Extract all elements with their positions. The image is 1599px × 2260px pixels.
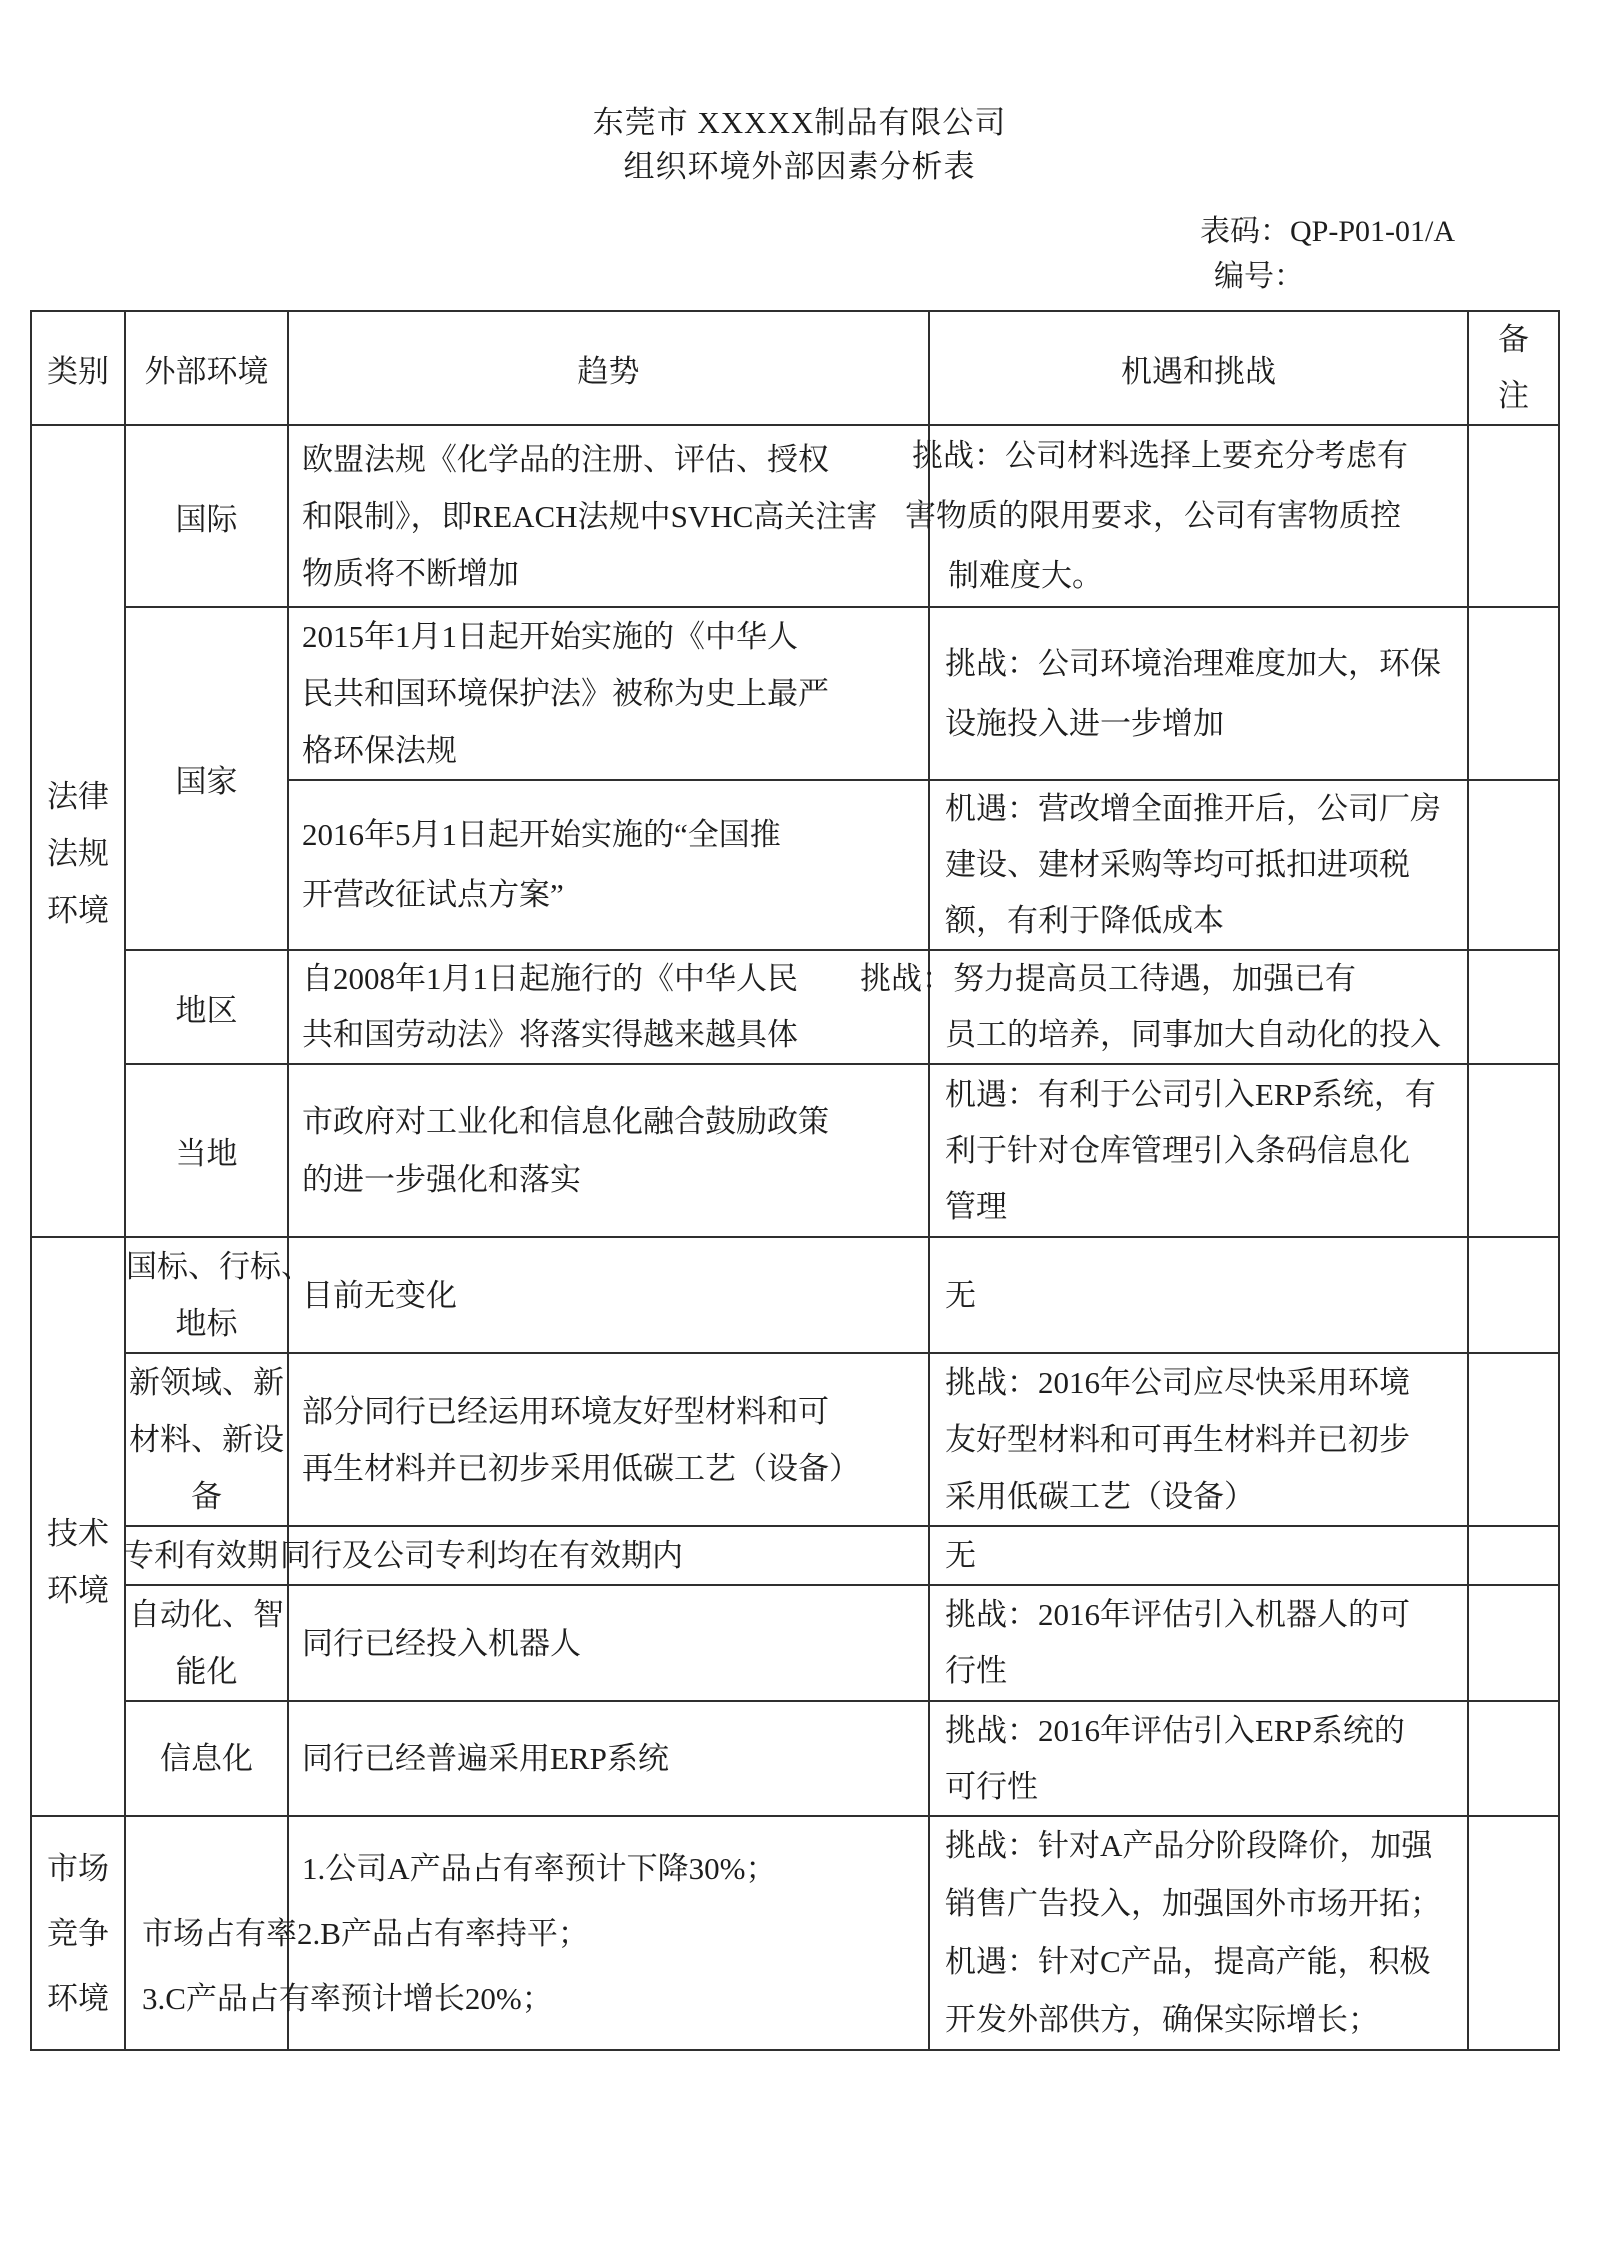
opportunity-new-fields: 挑战：2016年公司应尽快采用环境友好型材料和可再生材料并已初步采用低碳工艺（设… [929,1353,1468,1526]
env-new-fields: 新领域、新材料、新设备 [125,1353,288,1526]
serial-number: 编号： [1200,254,1455,299]
trend-national-a: 2015年1月1日起开始实施的《中华人民共和国环境保护法》被称为史上最严格环保法… [288,607,929,780]
opportunity-regional: 挑战：努力提高员工待遇，加强已有员工的培养，同事加大自动化的投入 [929,950,1468,1064]
row-patent: 专利有效期 同行及公司专利均在有效期内 无 [31,1526,1559,1585]
env-national: 国家 [125,607,288,950]
remark-international [1468,425,1559,607]
remark-automation [1468,1585,1559,1701]
env-regional: 地区 [125,950,288,1064]
remark-local [1468,1064,1559,1237]
header-row: 类别 外部环境 趋势 机遇和挑战 备注 [31,311,1559,425]
row-market-share: 市场竞争环境 1.公司A产品占有率预计下降30%； 市场占有率2.B产品占有率持… [31,1816,1559,2050]
trend-international: 欧盟法规《化学品的注册、评估、授权和限制》，即REACH法规中SVHC高关注害物… [288,425,929,607]
remark-national-a [1468,607,1559,780]
trend-standards: 目前无变化 [288,1237,929,1353]
remark-national-b [1468,780,1559,950]
trend-patent: 同行及公司专利均在有效期内 [288,1526,929,1585]
trend-line-b: 市场占有率2.B产品占有率持平； [142,1901,928,1966]
env-automation: 自动化、智能化 [125,1585,288,1701]
trend-informatization: 同行已经普遍采用ERP系统 [288,1701,929,1816]
opportunity-market-share: 挑战：针对A产品分阶段降价，加强销售广告投入，加强国外市场开拓；机遇：针对C产品… [929,1816,1468,2050]
opportunity-national-a: 挑战：公司环境治理难度加大，环保设施投入进一步增加 [929,607,1468,780]
env-standards: 国标、行标、地标 [125,1237,288,1353]
form-code: 表码：QP-P01-01/A [1200,209,1455,254]
opportunity-standards: 无 [929,1237,1468,1353]
env-international: 国际 [125,425,288,607]
env-label-market-share: 市场占有率 [142,1916,297,1951]
trend-local: 市政府对工业化和信息化融合鼓励政策的进一步强化和落实 [288,1064,929,1237]
opportunity-informatization: 挑战：2016年评估引入ERP系统的可行性 [929,1701,1468,1816]
row-national-a: 国家 2015年1月1日起开始实施的《中华人民共和国环境保护法》被称为史上最严格… [31,607,1559,780]
document-page: { "doc": { "title_line1": "东莞市 XXXXX制品有限… [0,0,1599,2260]
trend-line-b-text: 2.B产品占有率持平； [297,1916,589,1951]
category-tech: 技术环境 [31,1237,125,1816]
row-informatization: 信息化 同行已经普遍采用ERP系统 挑战：2016年评估引入ERP系统的可行性 [31,1701,1559,1816]
row-local: 当地 市政府对工业化和信息化融合鼓励政策的进一步强化和落实 机遇：有利于公司引入… [31,1064,1559,1237]
trend-line-a: 1.公司A产品占有率预计下降30%； [302,1836,928,1901]
remark-regional [1468,950,1559,1064]
trend-regional: 自2008年1月1日起施行的《中华人民共和国劳动法》将落实得越来越具体 [288,950,929,1064]
row-new-fields: 新领域、新材料、新设备 部分同行已经运用环境友好型材料和可再生材料并已初步采用低… [31,1353,1559,1526]
env-local: 当地 [125,1064,288,1237]
header-external-env: 外部环境 [125,311,288,425]
opportunity-international: 挑战：公司材料选择上要充分考虑有害物质的限用要求，公司有害物质控制难度大。 [929,425,1468,607]
category-market: 市场竞争环境 [31,1816,125,2050]
trend-line-c: 3.C产品占有率预计增长20%； [142,1966,928,2031]
row-regional: 地区 自2008年1月1日起施行的《中华人民共和国劳动法》将落实得越来越具体 挑… [31,950,1559,1064]
env-informatization: 信息化 [125,1701,288,1816]
trend-market-share: 1.公司A产品占有率预计下降30%； 市场占有率2.B产品占有率持平； 3.C产… [288,1816,929,2050]
remark-informatization [1468,1701,1559,1816]
opportunity-local: 机遇：有利于公司引入ERP系统，有利于针对仓库管理引入条码信息化管理 [929,1064,1468,1237]
opportunity-automation: 挑战：2016年评估引入机器人的可行性 [929,1585,1468,1701]
opportunity-national-b: 机遇：营改增全面推开后，公司厂房建设、建材采购等均可抵扣进项税额，有利于降低成本 [929,780,1468,950]
header-category: 类别 [31,311,125,425]
remark-new-fields [1468,1353,1559,1526]
header-trend: 趋势 [288,311,929,425]
header-opportunity: 机遇和挑战 [929,311,1468,425]
row-standards: 技术环境 国标、行标、地标 目前无变化 无 [31,1237,1559,1353]
row-automation: 自动化、智能化 同行已经投入机器人 挑战：2016年评估引入机器人的可行性 [31,1585,1559,1701]
analysis-table: 类别 外部环境 趋势 机遇和挑战 备注 法律法规环境 国际 欧盟法规《化学品的注… [30,310,1560,2051]
remark-standards [1468,1237,1559,1353]
remark-patent [1468,1526,1559,1585]
category-law: 法律法规环境 [31,425,125,1237]
env-patent: 专利有效期 [125,1526,288,1585]
trend-automation: 同行已经投入机器人 [288,1585,929,1701]
form-code-block: 表码：QP-P01-01/A 编号： [1200,209,1455,299]
header-remark: 备注 [1468,311,1559,425]
company-title: 东莞市 XXXXX制品有限公司 [0,97,1599,142]
document-title: 组织环境外部因素分析表 [0,141,1599,186]
row-international: 法律法规环境 国际 欧盟法规《化学品的注册、评估、授权和限制》，即REACH法规… [31,425,1559,607]
opportunity-patent: 无 [929,1526,1468,1585]
trend-new-fields: 部分同行已经运用环境友好型材料和可再生材料并已初步采用低碳工艺（设备） [288,1353,929,1526]
remark-market-share [1468,1816,1559,2050]
trend-national-b: 2016年5月1日起开始实施的“全国推开营改征试点方案” [288,780,929,950]
